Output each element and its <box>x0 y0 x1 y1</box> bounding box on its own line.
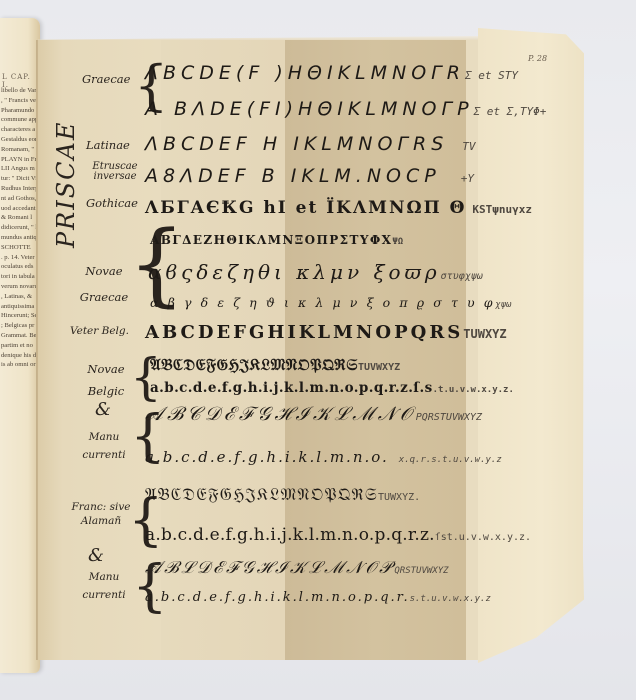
label-graecae: Graecae <box>82 72 130 86</box>
alphabet-row-novae-graecae-lower: α β γ δ ε ζ η ϑ ι κ λ μ ν ξ ο π ϱ σ τ υ … <box>150 295 511 310</box>
label-manu-currenti-1: Manu currenti <box>74 428 134 464</box>
label-novae-graecae: Novae Graecae <box>74 258 134 310</box>
left-page-line: verum novarum <box>1 282 40 292</box>
left-page-line: Rudhus Interpres <box>1 184 40 194</box>
label-latinae: Latinae <box>86 138 130 152</box>
left-page-line: partim et no <box>1 341 40 351</box>
left-page-line: nt ad Gothos, <box>1 194 40 204</box>
left-page-line: Romanam, " &c. <box>1 145 40 155</box>
left-page-line: . p. 14. Veter <box>1 253 40 263</box>
left-page-line: LII Angus m <box>1 164 40 174</box>
left-page-line: mundus antiquo <box>1 233 40 243</box>
left-page-line: PLAYN in Fra <box>1 155 40 165</box>
left-page-line: characteres a Germ. <box>1 125 40 135</box>
alphabet-row-graecae-2: A BΛDE(FI)HΘIKLMNOΓPΣ et Σ,TYΦ+ <box>145 98 546 120</box>
left-book-page: L CAP. I. libello de Vanvarsi, " Francis… <box>0 18 40 673</box>
priscae-vertical-title: PRISCAE <box>52 58 82 248</box>
ampersand-2: & <box>88 545 104 566</box>
left-page-line: , Latinas, & <box>1 292 40 302</box>
alphabet-row-novae-belgic-lower: a.b.c.d.e.f.g.h.i.j.k.l.m.n.o.p.q.r.z.ſ.… <box>150 380 514 396</box>
alphabet-row-manu-currenti-2-lower: a.b.c.d.e.f.g.h.i.k.l.m.n.o.p.q.r.s.t.u.… <box>145 590 491 605</box>
alphabet-row-franc-lower: a.b.c.d.e.f.g.h.i.j.k.l.m.n.o.p.q.r.z.ſs… <box>145 525 531 545</box>
left-page-line: is ab omni orn <box>1 360 40 370</box>
plate-panel-4 <box>478 28 584 663</box>
alphabet-row-novae-belgic-upper: 𝔄𝔅ℭ𝔇𝔈𝔉𝔊ℌ𝔍𝔎𝔏𝔐𝔑𝔒𝔓𝔔ℜ𝔖TUVWXYZ <box>150 355 400 375</box>
alphabet-row-novae-graecae-upper: ΑΒΓΔΕΖΗΘΙΚΛΜΝΞΟΠΡΣΤΥΦΧΨΩ <box>150 233 403 247</box>
alphabet-row-manu-currenti-1-upper: 𝒜ℬ𝒞𝒟ℰℱ𝒢ℋℐ𝒦ℒℳ𝒩𝒪PQRSTUVWXYZ <box>145 403 482 425</box>
alphabet-row-etruscae: A8ΛDEF Β IKLM.NOCP+Y <box>145 165 474 187</box>
left-page-line: ; Belgicas pr <box>1 321 40 331</box>
left-page-line: commune appellemus <box>1 115 40 125</box>
alphabet-row-graecae-1: ΛBCDE(F )HΘIKLMNOΓRΣ et STY <box>145 62 518 84</box>
left-page-line: tori in tabula <box>1 272 40 282</box>
alphabet-row-franc-upper: 𝔄𝔅ℭ𝔇𝔈𝔉𝔊ℌ𝔍𝔎𝔏𝔐𝔑𝔒𝔓𝔔ℜ𝔖TUWXYZ. <box>145 485 420 505</box>
alphabet-row-veter-belg: ABCDEFGHIKLMNOPQRSTUWXYZ <box>145 322 507 343</box>
left-page-line: Hincerunt; Se <box>1 311 40 321</box>
label-veter-belg: Veter Belg. <box>70 325 129 337</box>
left-page-text: libello de Vanvarsi, " Francis veroPhara… <box>1 86 40 370</box>
left-page-line: oculatus eds <box>1 262 40 272</box>
left-page-line: & Romani l <box>1 213 40 223</box>
left-page-line: SCHOTTE <box>1 243 40 253</box>
label-gothicae: Gothicae <box>86 196 138 210</box>
alphabet-row-novae-graecae-script: αϐςδεζηθι κλμν ξοϖρστυφχψω <box>148 260 483 284</box>
alphabet-row-latinae: ΛBCDEF H IKLMNOΓRSTV <box>145 133 476 155</box>
left-page-line: Gestaldus eorum qu <box>1 135 40 145</box>
left-page-line: Grammat. Belg <box>1 331 40 341</box>
left-page-line: didicerunt, " h <box>1 223 40 233</box>
left-page-line: Pharamundo Gallo <box>1 106 40 116</box>
alphabet-row-gothicae: ΛБΓΑЄꝀG hI et ÏKΛMNΩΠ ΘKSTψnuγxz <box>145 198 532 218</box>
left-page-line: denique his de <box>1 351 40 361</box>
left-page-line: libello de Vanvarsi <box>1 86 40 96</box>
alphabet-row-manu-currenti-1-lower: a.b.c.d.e.f.g.h.i.k.l.m.n.o.x.q.r.s.t.u.… <box>145 448 502 466</box>
left-page-line: , " Francis vero <box>1 96 40 106</box>
left-page-line: tur: " Dicit Vi C <box>1 174 40 184</box>
ampersand-1: & <box>95 399 111 420</box>
label-etruscae-inversae: Etruscae inversae <box>86 162 144 182</box>
label-manu-currenti-2: Manu currenti <box>74 568 134 604</box>
left-page-line: antiquissima pa <box>1 302 40 312</box>
label-franc-sive-alaman: Franc: sive Alamañ <box>66 500 136 528</box>
alphabet-row-manu-currenti-2-upper: 𝒜ℬℒ𝒟ℰℱ𝒢ℋℐ𝒦ℒℳ𝒩𝒪𝒫QRSTUVWXYZ <box>145 558 449 578</box>
plate-page-number: P. 28 <box>528 54 547 63</box>
label-novae-belgic: Novae Belgic <box>76 358 136 402</box>
left-page-line: uod accedant ad <box>1 204 40 214</box>
